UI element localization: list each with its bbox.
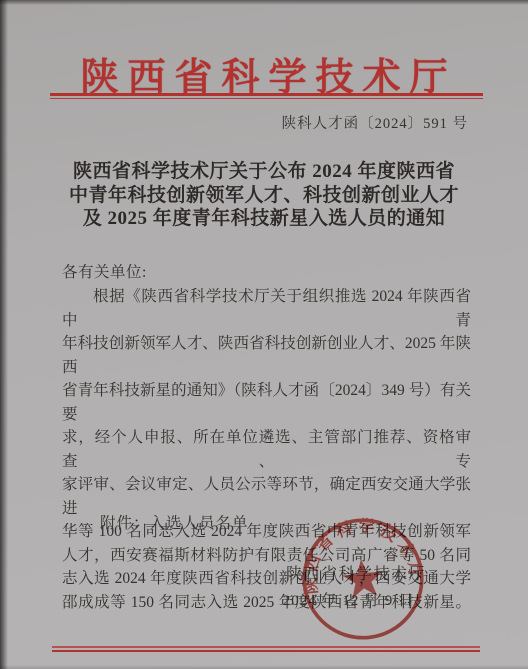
attachment-line: 附件：入选人员名单 xyxy=(100,511,249,533)
notice-title-line: 及 2025 年度青年科技新星入选人员的通知 xyxy=(28,207,500,231)
body-line: 年科技创新领军人才、陕西省科技创新创业人才、2025 年陕西 xyxy=(62,332,471,379)
official-seal: 陕西省科学技术厅 xyxy=(292,508,435,651)
salutation: 各有关单位: xyxy=(62,260,147,282)
scan-edge-bottom xyxy=(0,665,528,669)
notice-title-line: 陕西省科学技术厅关于公布 2024 年度陕西省 xyxy=(28,160,500,184)
footer-divider-thick xyxy=(52,650,480,653)
letterhead-divider-thin xyxy=(50,98,483,99)
body-line: 求，经个人申报、所在单位遴选、主管部门推荐、资格审查、专 xyxy=(62,426,471,473)
body-line: 省青年科技新星的通知》（陕科人才函〔2024〕349 号）有关要 xyxy=(62,379,471,426)
seal-star-icon xyxy=(341,557,385,599)
document-page: 陕西省科学技术厅 陕科人才函〔2024〕591 号 陕西省科学技术厅关于公布 2… xyxy=(0,0,528,669)
body-line: 根据《陕西省科学技术厅关于组织推选 2024 年陕西省中青 xyxy=(62,285,471,332)
notice-title: 陕西省科学技术厅关于公布 2024 年度陕西省中青年科技创新领军人才、科技创新创… xyxy=(28,160,500,231)
notice-title-line: 中青年科技创新领军人才、科技创新创业人才 xyxy=(28,184,500,208)
footer-divider-thin xyxy=(52,646,480,648)
scan-edge-left xyxy=(0,0,8,669)
document-number: 陕科人才函〔2024〕591 号 xyxy=(282,112,468,133)
scan-edge-top xyxy=(0,0,528,5)
letterhead-divider-thick xyxy=(50,93,483,96)
